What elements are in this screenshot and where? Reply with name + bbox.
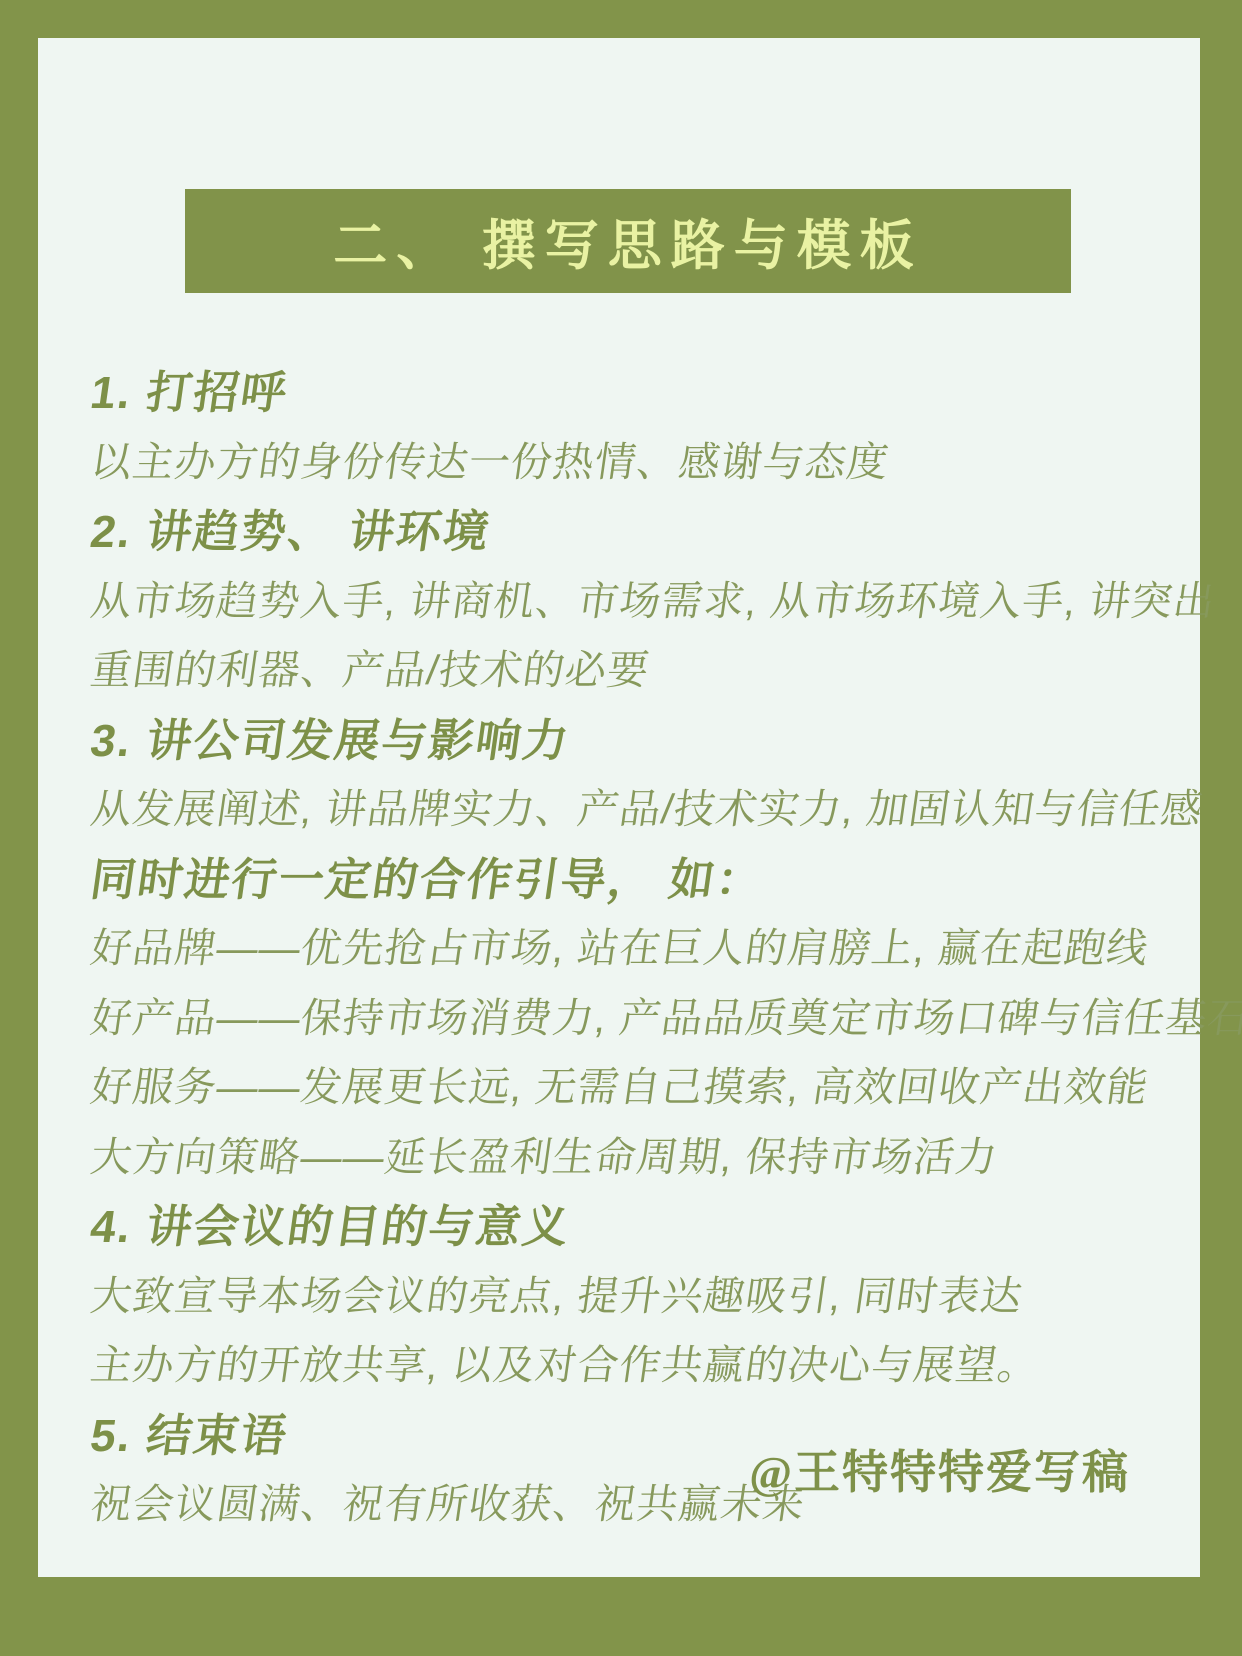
outline-heading-2: 2. 讲趋势、 讲环境 <box>86 497 1196 567</box>
outline-body-3a: 从发展阐述, 讲品牌实力、产品/技术实力, 加固认知与信任感 <box>86 775 1196 845</box>
outline-body-4b: 主办方的开放共享, 以及对合作共赢的决心与展望。 <box>86 1331 1196 1401</box>
outline-heading-4: 4. 讲会议的目的与意义 <box>86 1192 1196 1262</box>
content-card: 二、 撰写思路与模板 1. 打招呼 以主办方的身份传达一份热情、感谢与态度 2.… <box>38 38 1200 1577</box>
outline-body-3d: 好产品——保持市场消费力, 产品品质奠定市场口碑与信任基石 <box>86 984 1196 1054</box>
outline-heading-3: 3. 讲公司发展与影响力 <box>86 706 1196 776</box>
outline-body-2b: 重围的利器、产品/技术的必要 <box>86 636 1196 706</box>
outline-body-3c: 好品牌——优先抢占市场, 站在巨人的肩膀上, 赢在起跑线 <box>86 914 1196 984</box>
outline-subheading-3b: 同时进行一定的合作引导， 如： <box>86 845 1196 915</box>
section-title: 二、 撰写思路与模板 <box>333 203 923 280</box>
outline-text-block: 1. 打招呼 以主办方的身份传达一份热情、感谢与态度 2. 讲趋势、 讲环境 从… <box>86 358 1186 1540</box>
section-title-banner: 二、 撰写思路与模板 <box>185 189 1071 293</box>
outline-body-3e: 好服务——发展更长远, 无需自己摸索, 高效回收产出效能 <box>86 1053 1196 1123</box>
outline-heading-1: 1. 打招呼 <box>86 358 1196 428</box>
outline-body-4a: 大致宣导本场会议的亮点, 提升兴趣吸引, 同时表达 <box>86 1262 1196 1332</box>
author-watermark: @王特特特爱写稿 <box>749 1436 1130 1502</box>
outline-body-2a: 从市场趋势入手, 讲商机、市场需求, 从市场环境入手, 讲突出 <box>86 567 1196 637</box>
outline-body-1a: 以主办方的身份传达一份热情、感谢与态度 <box>86 428 1196 498</box>
outline-body-3f: 大方向策略——延长盈利生命周期, 保持市场活力 <box>86 1123 1196 1193</box>
